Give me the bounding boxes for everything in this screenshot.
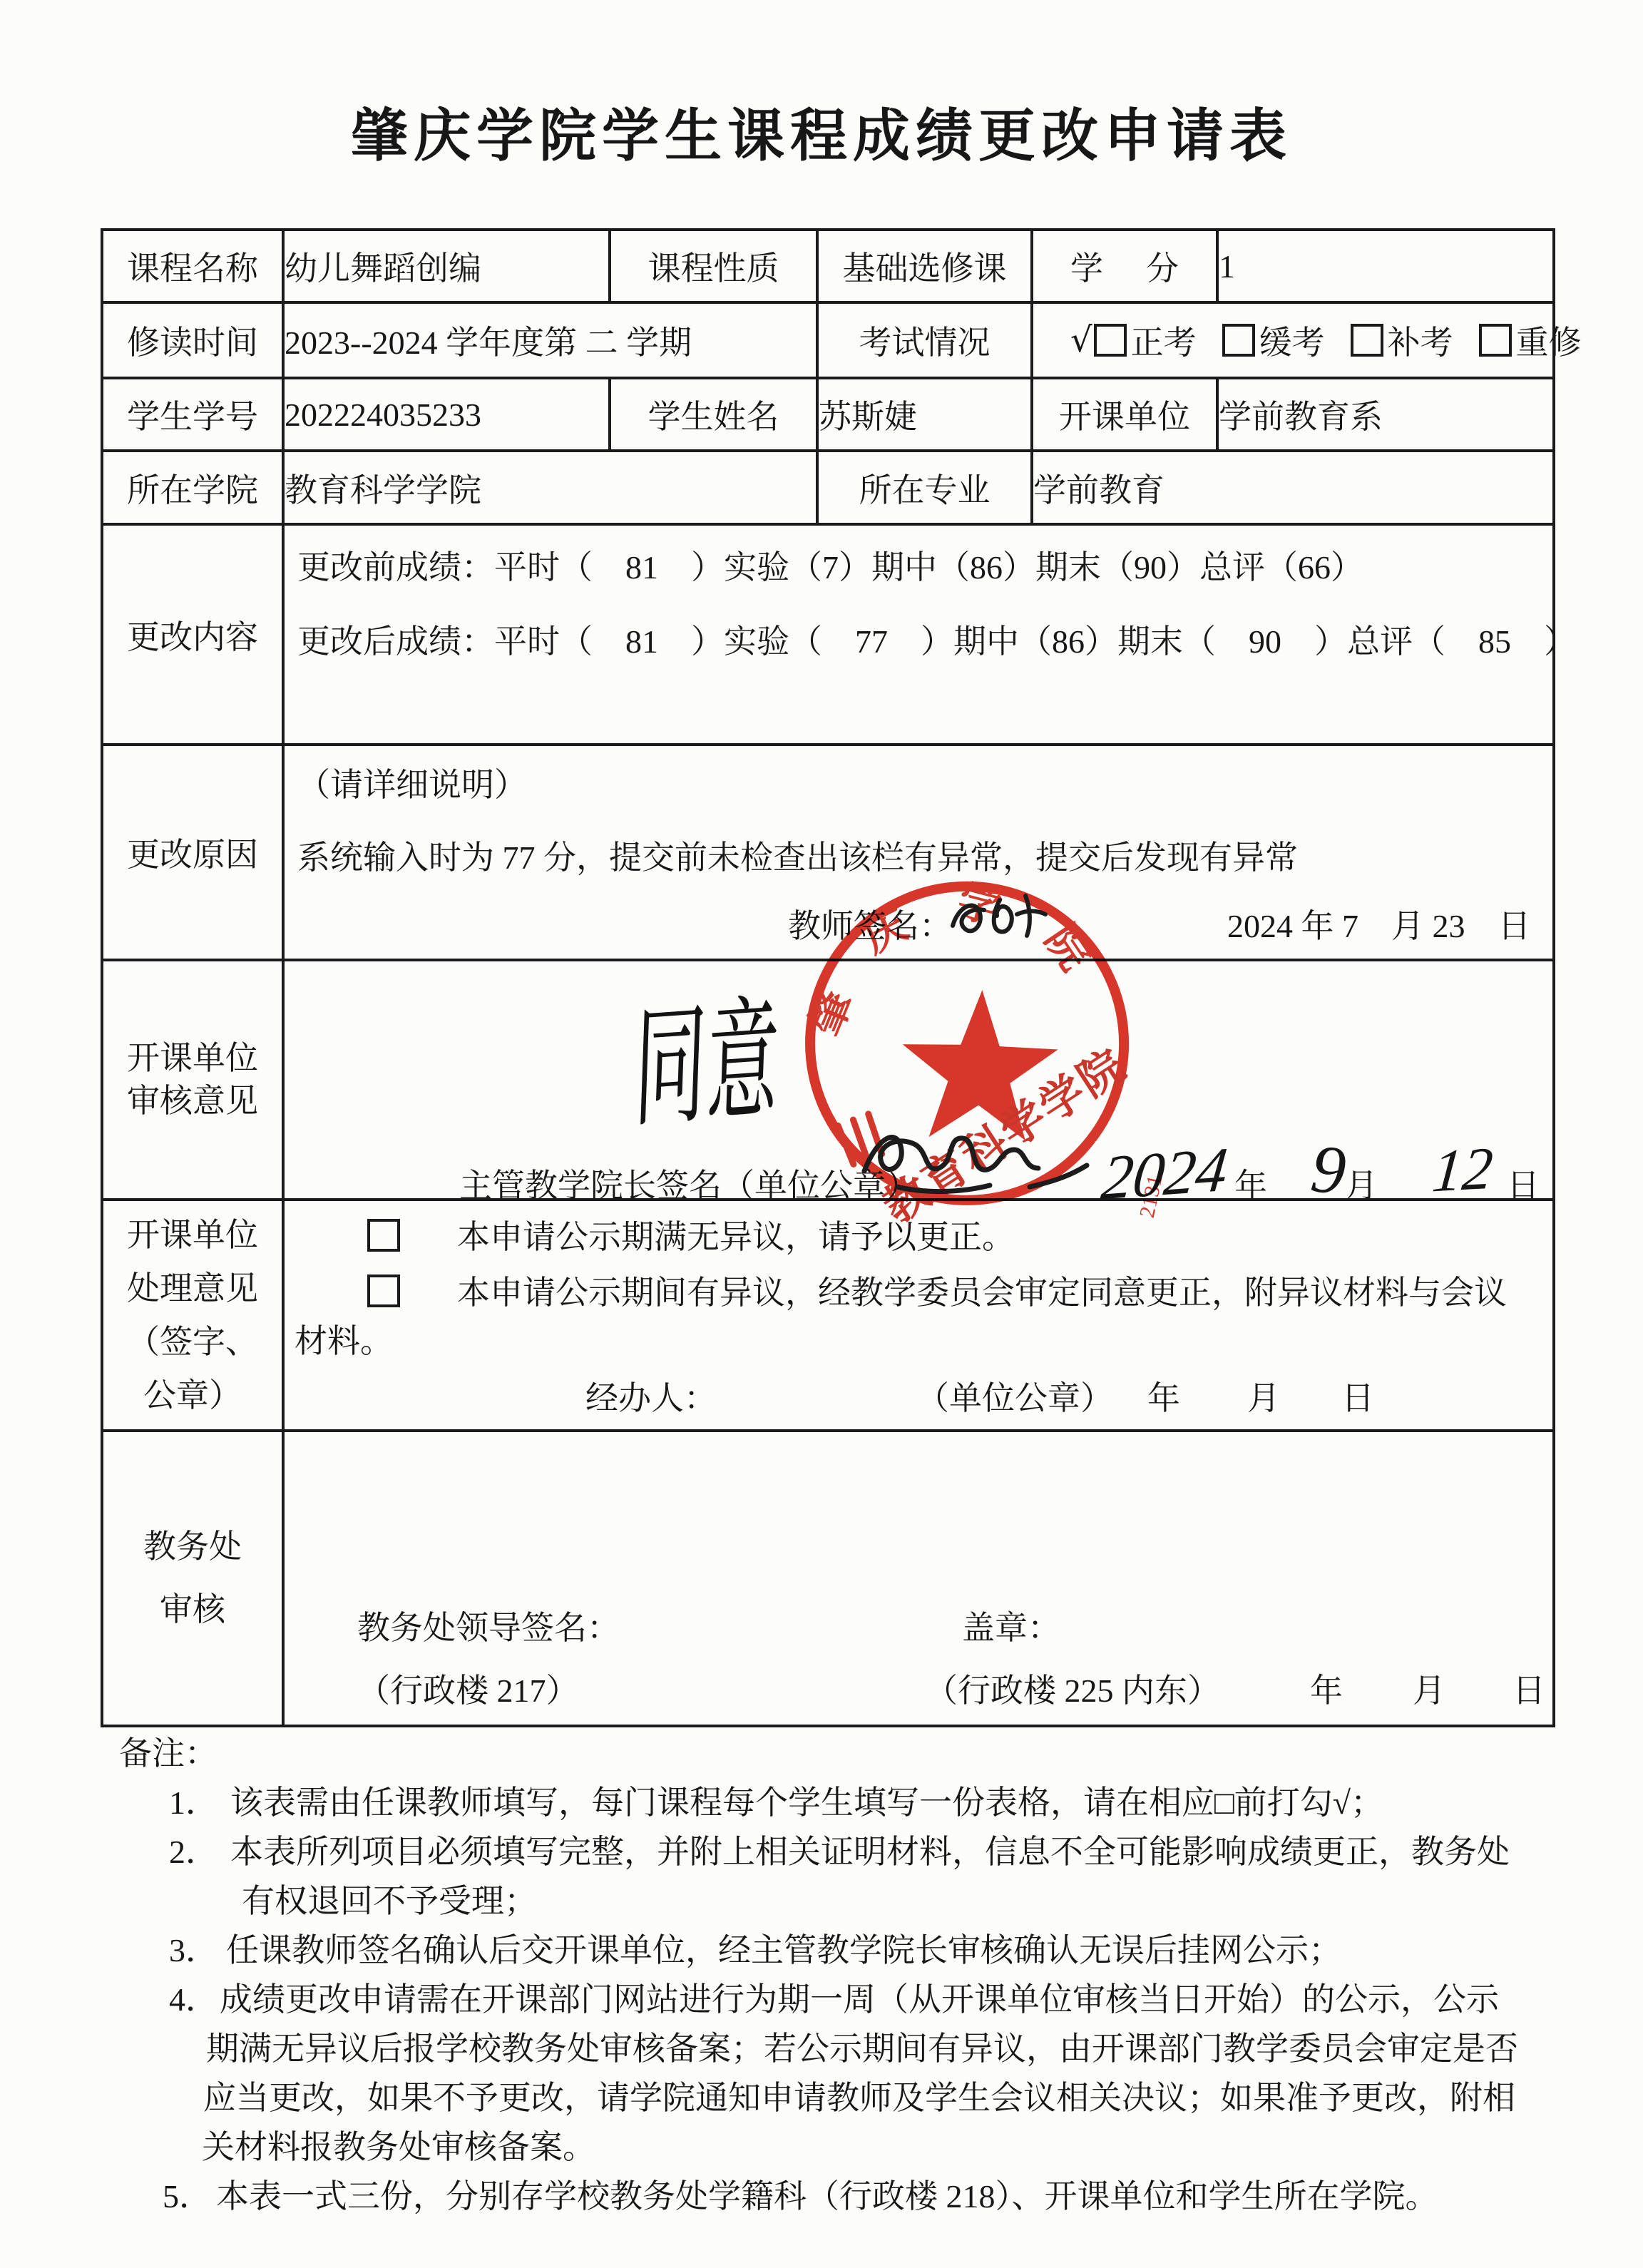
handwritten-day: 12 (1430, 1134, 1495, 1207)
college-label: 所在学院 (102, 451, 283, 524)
checkbox-makeup-exam (1351, 324, 1383, 357)
offering-unit-label: 开课单位 (1032, 378, 1217, 451)
unit-review-label: 开课单位 审核意见 (102, 960, 283, 1200)
seal-serial-number: 2131 (1135, 1173, 1167, 1220)
form-title: 肇庆学院学生课程成绩更改申请表 (0, 90, 1643, 172)
registrar-cell: 教务处领导签名： 盖章： （行政楼 217） （行政楼 225 内东） 年 月 … (283, 1431, 1554, 1726)
study-time-label: 修读时间 (102, 302, 283, 378)
student-name-value: 苏斯婕 (817, 378, 1032, 451)
unit-handling-label: 开课单位 处理意见 （签字、 公章） (102, 1200, 283, 1431)
major-label: 所在专业 (817, 451, 1032, 524)
checkbox-deferred-exam (1222, 324, 1255, 357)
score-after: 更改后成绩：平时（ 81 ）实验（ 77 ）期中（86）期末（ 90 ）总评（ … (297, 615, 1577, 663)
registrar-label: 教务处 审核 (102, 1431, 283, 1726)
dean-signature (854, 1103, 1097, 1210)
agent-label: 经办人： (585, 1372, 717, 1419)
college-value: 教育科学学院 (283, 451, 817, 524)
change-content-cell: 更改前成绩：平时（ 81 ）实验（7）期中（86）期末（90）总评（66） 更改… (283, 524, 1554, 745)
credit-label: 学 分 (1032, 230, 1217, 302)
checkbox-retake (1479, 324, 1512, 357)
course-name-label: 课程名称 (102, 230, 283, 302)
unit-seal-label: （单位公章） (916, 1372, 1113, 1419)
check-mark: √ (1070, 320, 1092, 360)
remarks-label: 备注： (0, 1729, 1643, 1778)
handwritten-month: 9 (1307, 1128, 1349, 1210)
major-value: 学前教育 (1032, 451, 1554, 524)
note-item-4-cont-2: 应当更改，如果不予更改，请学院通知申请教师及学生会议相关决议；如果准予更改，附相 (0, 2073, 1643, 2123)
course-type-label: 课程性质 (610, 230, 817, 302)
note-item-4-cont-1: 期满无异议后报学校教务处审核备案；若公示期间有异议，由开课部门教学委员会审定是否 (0, 2024, 1643, 2073)
credit-value: 1 (1217, 230, 1554, 302)
exam-status-value: √ 正考 缓考 补考 重修 (1032, 302, 1554, 378)
note-item-5: 5． 本表一式三份，分别存学校教务处学籍科（行政楼 218）、开课单位和学生所在… (0, 2172, 1643, 2221)
checkbox-objection (367, 1275, 400, 1307)
row-term: 修读时间 2023--2024 学年度第 二 学期 考试情况 √ 正考 缓考 (102, 302, 1554, 378)
offering-unit-value: 学前教育系 (1217, 378, 1554, 451)
note-item-4: 4． 成绩更改申请需在开课部门网站进行为期一周（从开课单位审核当日开始）的公示，… (0, 1975, 1643, 2024)
handling-month-char: 月 (1247, 1372, 1280, 1419)
registrar-leader-location: （行政楼 217） (357, 1665, 579, 1712)
scanned-form-page: 肇庆学院学生课程成绩更改申请表 课程名称 幼儿舞蹈创编 课程性质 基础选修课 学… (0, 0, 1643, 2268)
student-name-label: 学生姓名 (610, 378, 817, 451)
handling-option2-cont: 材料。 (295, 1315, 393, 1362)
handling-year-char: 年 (1147, 1372, 1180, 1419)
registrar-year-char: 年 (1310, 1665, 1343, 1712)
note-item-2-cont: 有权退回不予受理； (0, 1876, 1643, 1926)
exam-option-regular: 正考 (1094, 317, 1197, 364)
row-course: 课程名称 幼儿舞蹈创编 课程性质 基础选修课 学 分 1 (102, 230, 1554, 302)
registrar-month-char: 月 (1413, 1665, 1445, 1712)
study-time-value: 2023--2024 学年度第 二 学期 (283, 302, 817, 378)
handwritten-approval: 同意 (633, 994, 782, 1136)
teacher-signature (940, 882, 1061, 953)
checkbox-no-objection (367, 1219, 400, 1252)
registrar-seal-label: 盖章： (962, 1602, 1060, 1649)
change-content-label: 更改内容 (102, 524, 283, 745)
course-type-value: 基础选修课 (817, 230, 1032, 302)
course-name-value: 幼儿舞蹈创编 (283, 230, 610, 302)
reason-hint: （请详细说明） (297, 759, 527, 806)
note-item-1: 1． 该表需由任课教师填写，每门课程每个学生填写一份表格，请在相应□前打勾√； (0, 1778, 1643, 1827)
registrar-day-char: 日 (1513, 1665, 1545, 1712)
teacher-sign-date: 2024 年 7 月 23 日 (1227, 900, 1531, 947)
row-student: 学生学号 202224035233 学生姓名 苏斯婕 开课单位 学前教育系 (102, 378, 1554, 451)
score-before: 更改前成绩：平时（ 81 ）实验（7）期中（86）期末（90）总评（66） (297, 541, 1363, 588)
registrar-leader-sign-label: 教务处领导签名： (357, 1602, 620, 1649)
registrar-seal-location: （行政楼 225 内东） (925, 1665, 1220, 1712)
remarks-section: 备注： 1． 该表需由任课教师填写，每门课程每个学生填写一份表格，请在相应□前打… (0, 1729, 1643, 2221)
exam-status-label: 考试情况 (817, 302, 1032, 378)
row-college: 所在学院 教育科学学院 所在专业 学前教育 (102, 451, 1554, 524)
note-item-2: 2． 本表所列项目必须填写完整，并附上相关证明材料，信息不全可能影响成绩更正，教… (0, 1827, 1643, 1876)
note-item-4-cont-3: 关材料报教务处审核备案。 (0, 2123, 1643, 2172)
exam-option-makeup: 补考 (1351, 317, 1453, 364)
exam-option-deferred: 缓考 (1222, 317, 1325, 364)
change-reason-label: 更改原因 (102, 745, 283, 960)
student-id-label: 学生学号 (102, 378, 283, 451)
student-id-value: 202224035233 (283, 378, 610, 451)
handling-option2: 本申请公示期间有异议，经教学委员会审定同意更正，附异议材料与会议 (457, 1275, 1507, 1311)
row-change-content: 更改内容 更改前成绩：平时（ 81 ）实验（7）期中（86）期末（90）总评（6… (102, 524, 1554, 745)
exam-option-retake: 重修 (1479, 317, 1582, 364)
checkbox-regular-exam (1094, 324, 1127, 357)
note-item-3: 3． 任课教师签名确认后交开课单位，经主管教学院长审核确认无误后挂网公示； (0, 1926, 1643, 1975)
handling-day-char: 日 (1341, 1372, 1374, 1419)
row-registrar-review: 教务处 审核 教务处领导签名： 盖章： （行政楼 217） （行政楼 225 内… (102, 1431, 1554, 1726)
